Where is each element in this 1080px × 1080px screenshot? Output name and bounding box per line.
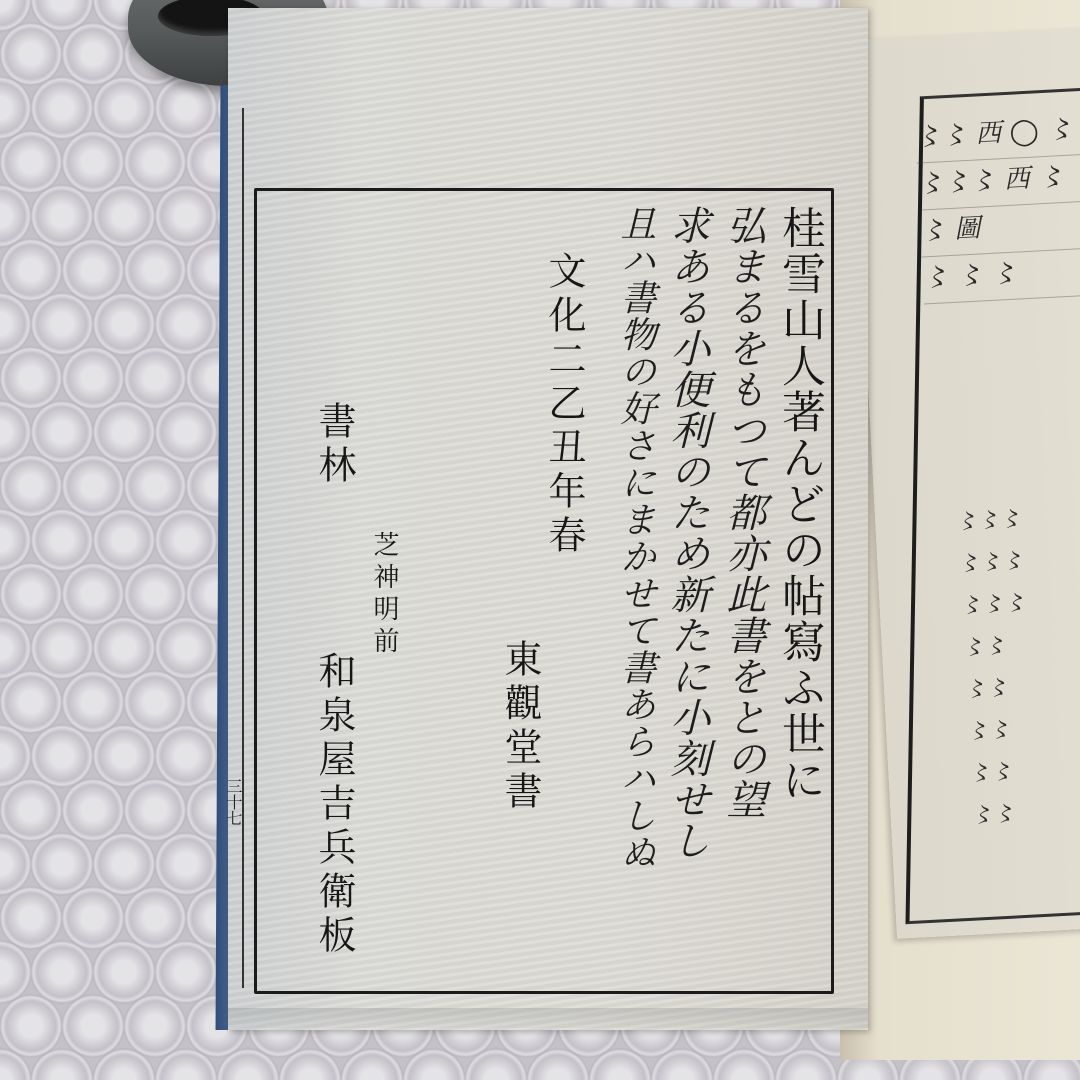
right-row: 〻 圖 (919, 200, 1080, 257)
right-page-list: 〻〻〻 〻〻〻 〻〻〻 〻〻 〻〻 〻〻 〻〻 〻〻 (954, 497, 1080, 841)
text-column-3: 求ある小便利のため新たに小刻せし (667, 205, 707, 861)
list-item: 〻〻 (965, 707, 1080, 757)
publisher-line: 和泉屋吉兵衛板 (315, 651, 353, 959)
list-item: 〻〻 (963, 665, 1080, 715)
right-row: 〻〻 西 ◯ 〻〻 (914, 106, 1080, 163)
list-item: 〻〻〻 (957, 539, 1080, 589)
page-bottom-shadow (228, 1008, 868, 1028)
right-row: 〻〻〻 西 〻 (917, 153, 1080, 210)
page-number: 三十七 (222, 778, 245, 826)
shorin-label: 書林 (315, 401, 353, 489)
list-item: 〻〻〻 (954, 497, 1080, 547)
address-line: 芝神明前 (371, 531, 397, 659)
printed-frame: 桂雪山人著んどの帖寫ふ世に 弘まるをもつて都亦此書をとの望 求ある小便利のため新… (254, 188, 834, 994)
date-line: 文化二乙丑年春 (545, 251, 583, 559)
text-column-2: 弘まるをもつて都亦此書をとの望 (723, 205, 763, 820)
left-page: 三十七 桂雪山人著んどの帖寫ふ世に 弘まるをもつて都亦此書をとの望 求ある小便利… (228, 8, 868, 1030)
margin-rule (242, 108, 244, 988)
list-item: 〻〻 (968, 748, 1080, 798)
list-item: 〻〻〻 (959, 581, 1080, 631)
author-line: 東觀堂書 (501, 639, 539, 815)
right-row: 〻 〻 〻 (921, 247, 1080, 304)
list-item: 〻〻 (961, 623, 1080, 673)
text-column-1: 桂雪山人著んどの帖寫ふ世に (777, 205, 821, 803)
text-column-4: 且ハ書物の好さにまかせて書あらハしぬ (617, 205, 653, 871)
right-page-rows: 〻〻 西 ◯ 〻〻 〻〻〻 西 〻 〻 圖 〻 〻 〻 (914, 106, 1080, 304)
list-item: 〻〻 (970, 790, 1080, 840)
